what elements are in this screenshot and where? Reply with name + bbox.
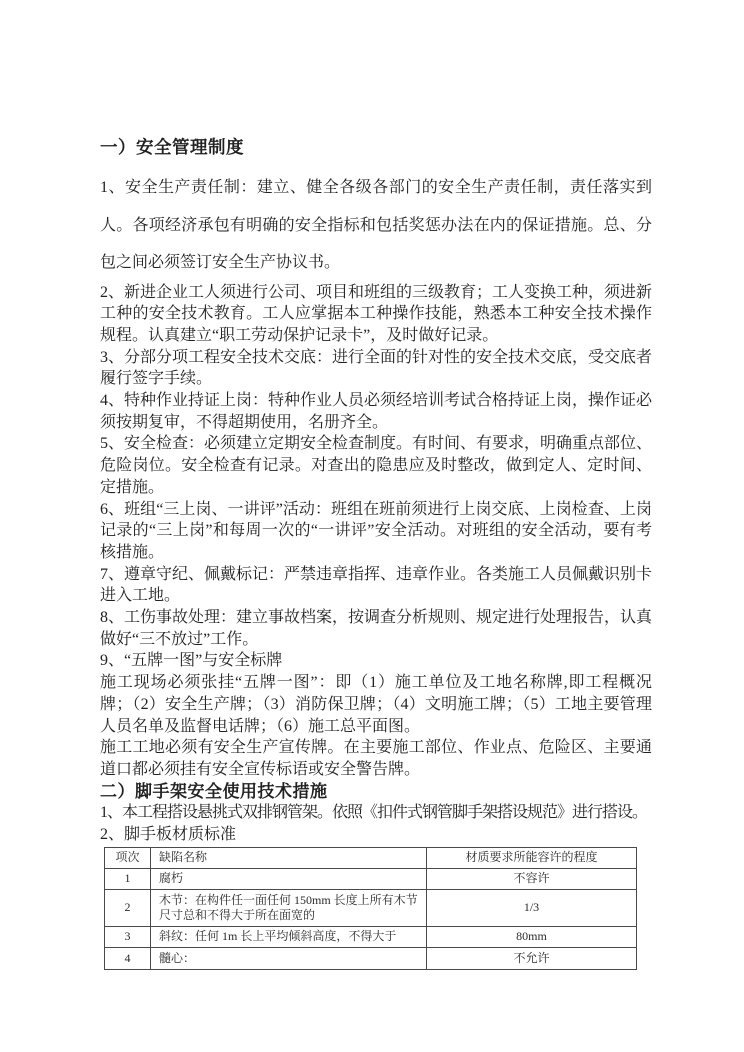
paragraph: 施工现场必须张挂“五牌一图”：即（1）施工单位及工地名称牌,即工程概况牌；（2）… <box>100 672 652 737</box>
table-cell: 1 <box>105 868 151 889</box>
table-cell: 3 <box>105 926 151 947</box>
paragraph: 8、工伤事故处理：建立事故档案，按调查分析规则、规定进行处理报告，认真做好“三不… <box>100 607 652 650</box>
paragraph: 2、新进企业工人须进行公司、项目和班组的三级教育；工人变换工种，须进新工种的安全… <box>100 282 652 347</box>
paragraph: 1、本工程搭设悬挑式双排钢管架。依照《扣件式钢管脚手架搭设规范》进行搭设。 <box>100 802 652 824</box>
table-cell: 不允许 <box>427 947 637 969</box>
table-header-cell: 材质要求所能容许的程度 <box>427 847 637 868</box>
paragraph: 6、班组“三上岗、一讲评”活动：班组在班前须进行上岗交底、上岗检查、上岗记录的“… <box>100 499 652 564</box>
table-cell: 4 <box>105 947 151 969</box>
paragraph: 5、安全检查：必须建立定期安全检查制度。有时间、有要求，明确重点部位、危险岗位。… <box>100 433 652 498</box>
section-1-heading: 一）安全管理制度 <box>100 136 652 158</box>
table-cell: 1/3 <box>427 889 637 926</box>
paragraph: 1、安全生产责任制：建立、健全各级各部门的安全生产责任制，责任落实到人。各项经济… <box>100 169 652 282</box>
table-cell: 斜纹：任何 1m 长上平均倾斜高度，不得大于 <box>151 926 427 947</box>
table-header-cell: 缺陷名称 <box>151 847 427 868</box>
table-cell: 2 <box>105 889 151 926</box>
table-cell: 不容许 <box>427 868 637 889</box>
table-cell: 髓心： <box>151 947 427 969</box>
table-header-cell: 项次 <box>105 847 151 868</box>
paragraph: 9、“五牌一图”与安全标牌 <box>100 650 652 672</box>
paragraph: 2、脚手板材质标准 <box>100 824 652 846</box>
table-row: 4 髓心： 不允许 <box>105 947 637 969</box>
table-row: 1 腐朽 不容许 <box>105 868 637 889</box>
section-2-heading: 二）脚手架安全使用技术措施 <box>100 781 652 803</box>
paragraph: 4、特种作业持证上岗：特种作业人员必须经培训考试合格持证上岗，操作证必须按期复审… <box>100 390 652 433</box>
paragraph: 3、分部分项工程安全技术交底：进行全面的针对性的安全技术交底，受交底者履行签字手… <box>100 347 652 390</box>
table-row: 2 木节：在构件任一面任何 150mm 长度上所有木节尺寸总和不得大于所在面宽的… <box>105 889 637 926</box>
table-cell: 80mm <box>427 926 637 947</box>
table-cell: 木节：在构件任一面任何 150mm 长度上所有木节尺寸总和不得大于所在面宽的 <box>151 889 427 926</box>
paragraph: 7、遵章守纪、佩戴标记：严禁违章指挥、违章作业。各类施工人员佩戴识别卡进入工地。 <box>100 564 652 607</box>
document-content: 一）安全管理制度 1、安全生产责任制：建立、健全各级各部门的安全生产责任制，责任… <box>100 136 652 970</box>
table-header-row: 项次 缺陷名称 材质要求所能容许的程度 <box>105 847 637 868</box>
paragraph: 施工工地必须有安全生产宣传牌。在主要施工部位、作业点、危险区、主要通道口都必须挂… <box>100 737 652 780</box>
table-cell: 腐朽 <box>151 868 427 889</box>
document-page: 一）安全管理制度 1、安全生产责任制：建立、健全各级各部门的安全生产责任制，责任… <box>0 0 744 1052</box>
table-row: 3 斜纹：任何 1m 长上平均倾斜高度，不得大于 80mm <box>105 926 637 947</box>
plank-material-standards-table: 项次 缺陷名称 材质要求所能容许的程度 1 腐朽 不容许 2 木节：在构件任一面… <box>104 847 637 970</box>
